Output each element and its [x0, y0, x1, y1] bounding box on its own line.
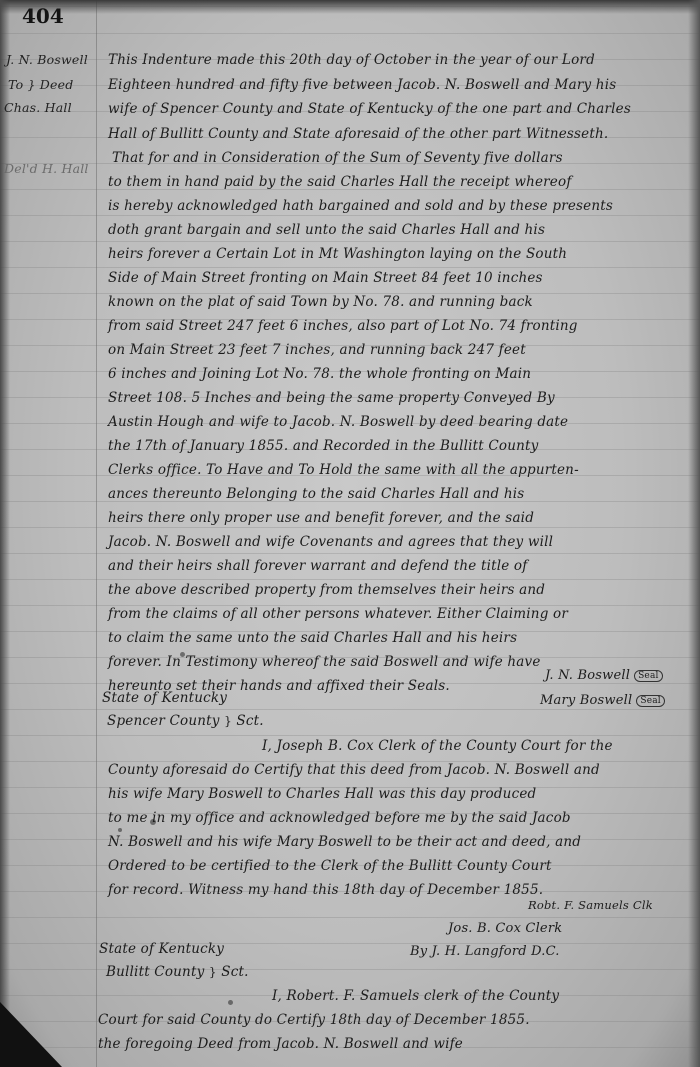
certificate-1-line: Ordered to be certified to the Clerk of …	[108, 858, 696, 874]
certificate-2-line: I, Robert. F. Samuels clerk of the Count…	[272, 988, 700, 1004]
county-name: Bullitt County	[106, 964, 204, 980]
certificate-1-line: County aforesaid do Certify that this de…	[108, 762, 696, 778]
deed-line: to them in hand paid by the said Charles…	[108, 174, 696, 190]
deed-line: Street 108. 5 Inches and being the same …	[108, 390, 696, 406]
signature-name: Mary Boswell	[540, 693, 632, 708]
ledger-page: 404 J. N. Boswell To } Deed Chas. Hall D…	[0, 0, 700, 1067]
deed-line: from the claims of all other persons wha…	[108, 606, 696, 622]
deed-line: and their heirs shall forever warrant an…	[108, 558, 696, 574]
deputy-clerk-signature: By J. H. Langford D.C.	[410, 944, 560, 959]
deed-line: the 17th of January 1855. and Recorded i…	[108, 438, 696, 454]
certificate-2-line: Court for said County do Certify 18th da…	[98, 1012, 686, 1028]
brace-mark: }	[209, 965, 217, 979]
recorder-note: Robt. F. Samuels Clk	[528, 898, 653, 912]
deed-line: known on the plat of said Town by No. 78…	[108, 294, 696, 310]
deed-line: Jacob. N. Boswell and wife Covenants and…	[108, 534, 696, 550]
sct-label: Sct.	[221, 964, 248, 980]
certificate-1-county: Spencer County } Sct.	[107, 713, 264, 729]
brace-mark: }	[224, 714, 232, 728]
deed-line: the above described property from themse…	[108, 582, 696, 598]
certificate-1-line: for record. Witness my hand this 18th da…	[108, 882, 696, 898]
deed-line: Side of Main Street fronting on Main Str…	[108, 270, 696, 286]
deed-line: from said Street 247 feet 6 inches, also…	[108, 318, 696, 334]
certificate-2-state: State of Kentucky	[99, 941, 224, 957]
margin-delivered-note: Del'd H. Hall	[4, 161, 89, 176]
certificate-1-line: N. Boswell and his wife Mary Boswell to …	[108, 834, 696, 850]
county-name: Spencer County	[107, 713, 220, 729]
margin-rule	[96, 0, 97, 1067]
certificate-1-line: to me in my office and acknowledged befo…	[108, 810, 696, 826]
deed-line: 6 inches and Joining Lot No. 78. the who…	[108, 366, 696, 382]
certificate-2-county: Bullitt County } Sct.	[106, 964, 249, 980]
deed-line: Austin Hough and wife to Jacob. N. Boswe…	[108, 414, 696, 430]
deed-line: wife of Spencer County and State of Kent…	[108, 101, 696, 117]
ink-blot	[118, 828, 122, 832]
deed-line: on Main Street 23 feet 7 inches, and run…	[108, 342, 696, 358]
signature-name: J. N. Boswell	[545, 668, 630, 683]
signature-grantor-2: Mary BoswellSeal	[540, 693, 665, 708]
certificate-1-state: State of Kentucky	[102, 690, 227, 706]
deed-line: Clerks office. To Have and To Hold the s…	[108, 462, 696, 478]
deed-line: That for and in Consideration of the Sum…	[112, 150, 700, 166]
deed-line: heirs forever a Certain Lot in Mt Washin…	[108, 246, 696, 262]
deed-line: doth grant bargain and sell unto the sai…	[108, 222, 696, 238]
deed-line: heirs there only proper use and benefit …	[108, 510, 696, 526]
sct-label: Sct.	[236, 713, 263, 729]
ink-blot	[228, 1000, 233, 1005]
deed-line: This Indenture made this 20th day of Oct…	[108, 52, 696, 68]
signature-grantor-1: J. N. BoswellSeal	[545, 668, 663, 683]
certificate-1-line: his wife Mary Boswell to Charles Hall wa…	[108, 786, 696, 802]
page-edge-shadow-top	[0, 0, 700, 14]
folded-corner	[0, 1002, 62, 1067]
margin-grantor: J. N. Boswell	[6, 52, 88, 67]
clerk-signature: Jos. B. Cox Clerk	[448, 921, 562, 936]
deed-line: is hereby acknowledged hath bargained an…	[108, 198, 696, 214]
page-number: 404	[22, 4, 64, 28]
deed-line: ances thereunto Belonging to the said Ch…	[108, 486, 696, 502]
deed-line: Hall of Bullitt County and State aforesa…	[108, 126, 696, 142]
deed-line: to claim the same unto the said Charles …	[108, 630, 696, 646]
seal-mark: Seal	[636, 695, 665, 707]
margin-grantee: Chas. Hall	[4, 100, 72, 115]
certificate-1-line: I, Joseph B. Cox Clerk of the County Cou…	[262, 738, 700, 754]
margin-instrument: To } Deed	[8, 77, 73, 92]
deed-line: Eighteen hundred and fifty five between …	[108, 77, 696, 93]
certificate-2-line: the foregoing Deed from Jacob. N. Boswel…	[98, 1036, 686, 1052]
seal-mark: Seal	[634, 670, 663, 682]
